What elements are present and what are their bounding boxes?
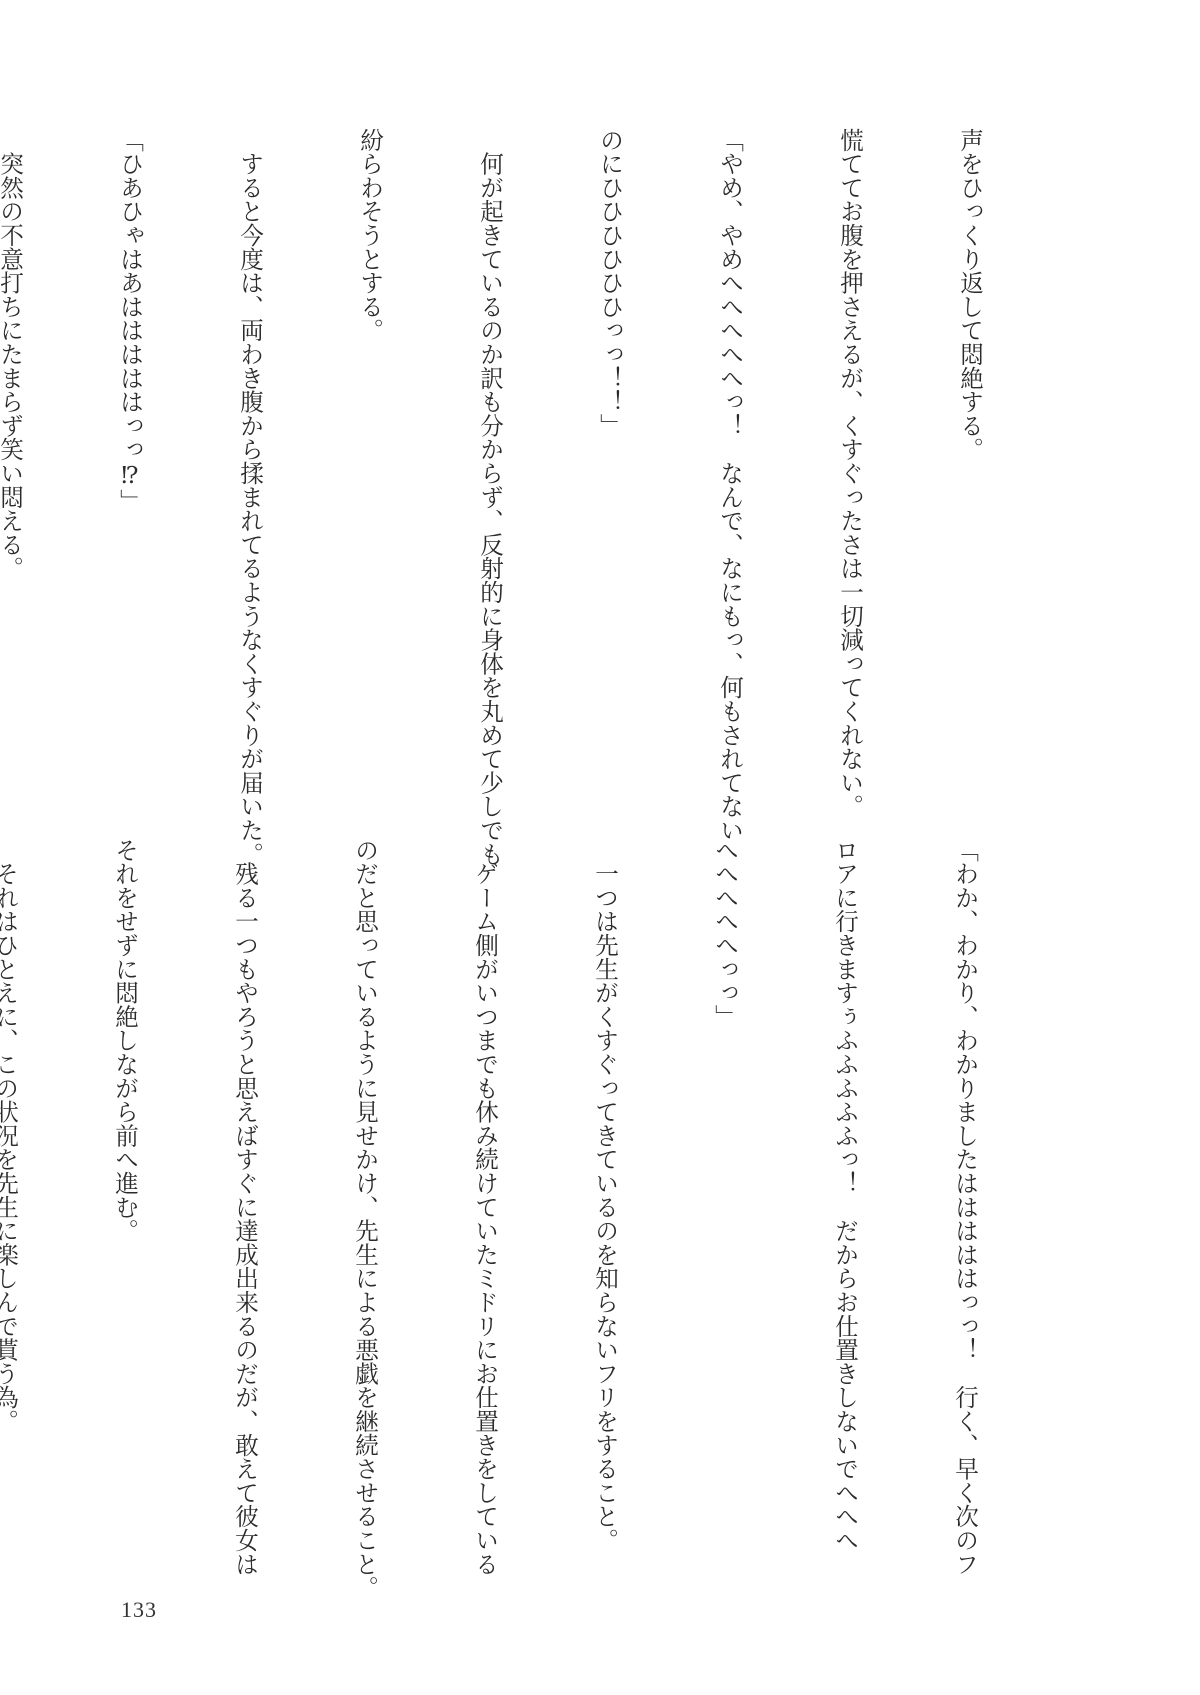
text-block-lower: 「わか、わかり、わかりましたはははははっっ！ 行く、早く次のフ ロアに行きますぅ… <box>0 838 1065 1528</box>
text-line: のだと思っているように見せかけ、先生による悪戯を継続させること。 <box>345 838 385 1528</box>
text-line: 「やめ、やめへへへへへっ！ なんで、なにもっ、何もされてない <box>710 128 750 788</box>
book-page: 声をひっくり返して悶絶する。 慌ててお腹を押さえるが、くすぐったさは一切減ってく… <box>0 0 1200 1695</box>
text-line: 「わか、わかり、わかりましたはははははっっ！ 行く、早く次のフ <box>945 838 985 1528</box>
text-line: へへへへへっっ」 <box>705 838 745 1528</box>
text-line: それをせずに悶絶しながら前へ進む。 <box>105 838 145 1528</box>
text-line: 残る一つもやろうと思えばすぐに達成出来るのだが、敢えて彼女は <box>225 838 265 1528</box>
text-line: 声をひっくり返して悶絶する。 <box>950 128 990 788</box>
text-line: 紛らわそうとする。 <box>350 128 390 788</box>
text-line: すると今度は、両わき腹から揉まれてるようなくすぐりが届いた。 <box>230 128 270 788</box>
text-line: ロアに行きますぅふふふふふっ！ だからお仕置きしないでへへへ <box>825 838 865 1528</box>
text-line: 一つは先生がくすぐってきているのを知らないフリをすること。 <box>585 838 625 1528</box>
text-line: 突然の不意打ちにたまらず笑い悶える。 <box>0 128 30 788</box>
text-line: のにひひひひひひっっ！！」 <box>590 128 630 788</box>
text-line: 「ひあひゃはあはははははっっ⁉」 <box>110 128 150 788</box>
text-line: ゲーム側がいつまでも休み続けていたミドリにお仕置きをしている <box>465 838 505 1528</box>
text-line: 何が起きているのか訳も分からず、反射的に身体を丸めて少しでも <box>470 128 510 788</box>
text-line: 慌ててお腹を押さえるが、くすぐったさは一切減ってくれない。 <box>830 128 870 788</box>
text-line: それはひとえに、この状況を先生に楽しんで貰う為。 <box>0 838 25 1528</box>
page-number: 133 <box>121 1597 157 1623</box>
text-block-upper: 声をひっくり返して悶絶する。 慌ててお腹を押さえるが、くすぐったさは一切減ってく… <box>0 128 1070 788</box>
